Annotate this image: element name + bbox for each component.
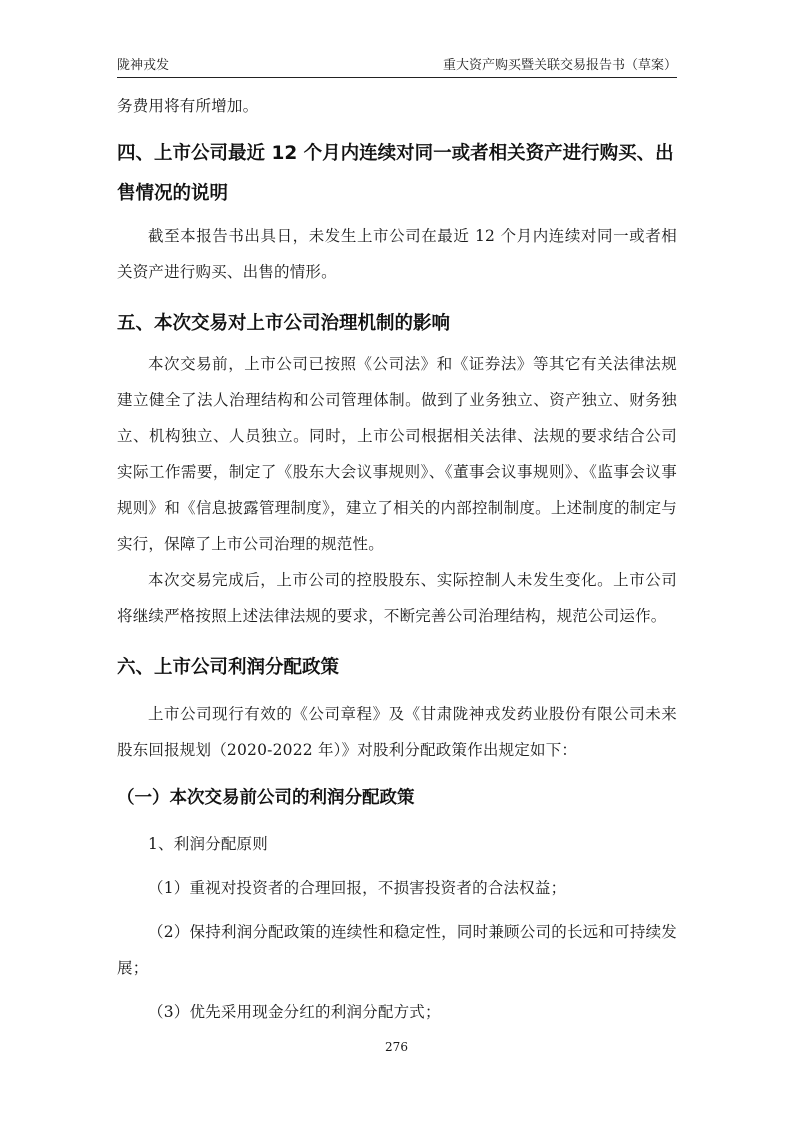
principle-heading: 1、利润分配原则	[117, 826, 677, 862]
continued-paragraph: 务费用将有所增加。	[117, 88, 677, 124]
subsection-1-heading: （一）本次交易前公司的利润分配政策	[117, 778, 677, 818]
section-5-heading: 五、本次交易对上市公司治理机制的影响	[117, 304, 677, 344]
section-4-paragraph: 截至本报告书出具日，未发生上市公司在最近 12 个月内连续对同一或者相关资产进行…	[117, 218, 677, 290]
page-header: 陇神戎发 重大资产购买暨关联交易报告书（草案）	[117, 54, 677, 78]
section-6-heading: 六、上市公司利润分配政策	[117, 648, 677, 688]
section-5-paragraph-2: 本次交易完成后，上市公司的控股股东、实际控制人未发生变化。上市公司将继续严格按照…	[117, 562, 677, 634]
header-company-name: 陇神戎发	[117, 58, 169, 74]
section-6-paragraph: 上市公司现行有效的《公司章程》及《甘肃陇神戎发药业股份有限公司未来股东回报规划（…	[117, 696, 677, 768]
page-number: 276	[0, 1040, 793, 1054]
principle-point-1: （1）重视对投资者的合理回报，不损害投资者的合法权益；	[117, 870, 677, 906]
section-4-heading: 四、上市公司最近 12 个月内连续对同一或者相关资产进行购买、出售情况的说明	[117, 134, 677, 214]
header-document-title: 重大资产购买暨关联交易报告书（草案）	[443, 58, 677, 74]
section-5-paragraph-1: 本次交易前，上市公司已按照《公司法》和《证券法》等其它有关法律法规建立健全了法人…	[117, 346, 677, 562]
document-body: 务费用将有所增加。 四、上市公司最近 12 个月内连续对同一或者相关资产进行购买…	[117, 88, 677, 1030]
principle-point-3: （3）优先采用现金分红的利润分配方式；	[117, 994, 677, 1030]
principle-point-2: （2）保持利润分配政策的连续性和稳定性，同时兼顾公司的长远和可持续发展；	[117, 914, 677, 986]
